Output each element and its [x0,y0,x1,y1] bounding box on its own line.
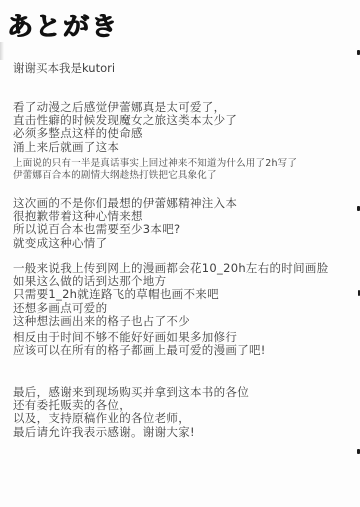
page-title: あとがき [7,6,120,43]
text-line: 应该可以在所有的格子都画上最可爱的漫画了吧! [13,344,266,357]
greeting-line: 谢谢买本我是kutori [13,62,115,75]
paragraph-motivation: 看了动漫之后感觉伊蕾娜真是太可爱了， 直击性癖的时候发现魔女之旅这类本太少了 必… [13,101,237,154]
text-line: 所以说百合本也需要至少3本吧? [13,223,237,236]
text-line: 上面说的只有一半是真话事实上回过神来不知道为什么用了2h写了 [13,158,297,170]
text-line: 伊蕾娜百合本的剧情大纲趁热打铁把它具象化了 [13,170,297,182]
paragraph-process: 一般来说我上传到网上的漫画都会花10_20h左右的时间画脸 如果这么做的话到达那… [13,262,329,328]
paragraph-resolution: 相反由于时间不够不能好好画如果多加修行 应该可以在所有的格子都画上最可爱的漫画了… [13,331,266,357]
paragraph-apology: 这次画的不是你们最想的伊蕾娜精神注入本 很抱歉带着这种心情来想 所以说百合本也需… [13,197,237,250]
text-line: 涌上来后就画了这本 [13,141,237,154]
paragraph-thanks: 最后，感谢来到现场购买并拿到这本书的各位 还有委托贩卖的各位， 以及，支持原稿作… [13,386,249,439]
scan-smudge [0,42,4,60]
paragraph-aside: 上面说的只有一半是真话事实上回过神来不知道为什么用了2h写了 伊蕾娜百合本的剧情… [13,158,297,181]
text-line: 只需要1_2h就连路飞的草帽也画不来吧 [13,288,329,301]
text-line: 必须多整点这样的使命感 [13,127,237,140]
text-line: 这种想法画出来的格子也占了不少 [13,315,329,328]
text-line: 以及，支持原稿作业的各位老师， [13,412,249,425]
text-line: 还想多画点可爱的 [13,302,329,315]
afterword-page: あとがき 谢谢买本我是kutori 看了动漫之后感觉伊蕾娜真是太可爱了， 直击性… [0,0,360,507]
text-line: 最后请允许我表示感谢。谢谢大家! [13,426,249,439]
text-line: 就变成这种心情了 [13,237,237,250]
